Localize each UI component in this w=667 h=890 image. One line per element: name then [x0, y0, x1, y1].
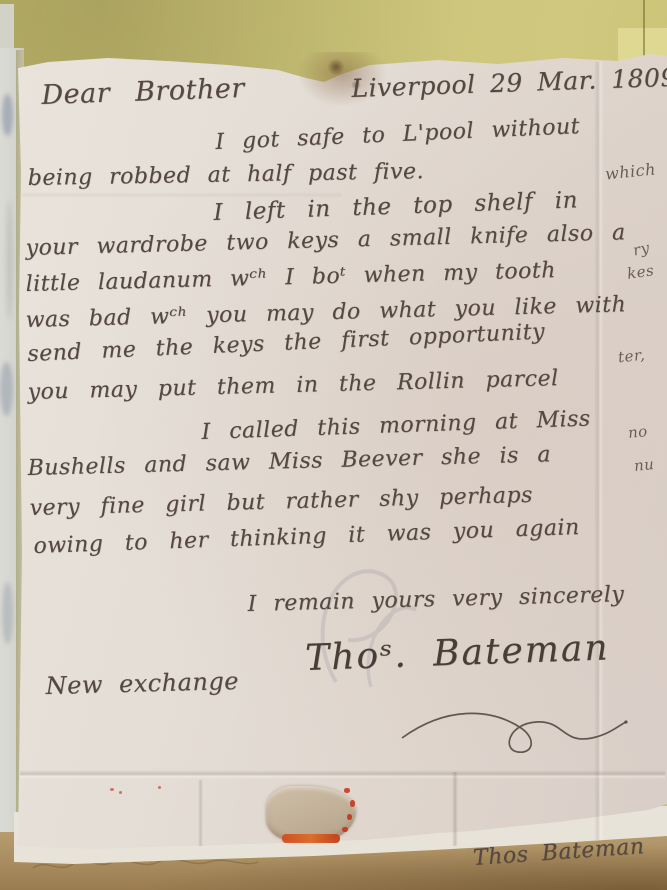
ink-smudge — [0, 362, 13, 416]
wax-seal-smear — [282, 834, 340, 843]
edge-fragment: no — [627, 422, 648, 442]
wax-seal-remnant — [344, 788, 350, 793]
ink-smudge — [2, 94, 13, 136]
crease — [198, 780, 203, 846]
letter-photograph: Thos Bateman Dear Brother Liverpool 29 M… — [0, 0, 667, 890]
wax-seal-remnant — [347, 814, 352, 820]
wax-speck — [119, 791, 122, 794]
edge-fragment: ry — [631, 238, 651, 259]
edge-fragment: kes — [626, 261, 655, 283]
stain-spot — [328, 58, 344, 76]
edge-fragment: nu — [633, 455, 655, 475]
horizontal-fold-crease — [20, 770, 665, 779]
wax-speck — [110, 788, 114, 791]
wax-speck — [158, 786, 161, 789]
address-line: New exchange — [45, 667, 239, 700]
ink-smudge — [2, 582, 13, 644]
edge-fragment: ter, — [617, 346, 646, 367]
crease — [452, 772, 458, 846]
ink-smudge — [6, 200, 13, 320]
wax-seal-remnant — [342, 827, 348, 832]
wax-seal-remnant — [350, 800, 355, 807]
signature-flourish — [396, 698, 631, 760]
